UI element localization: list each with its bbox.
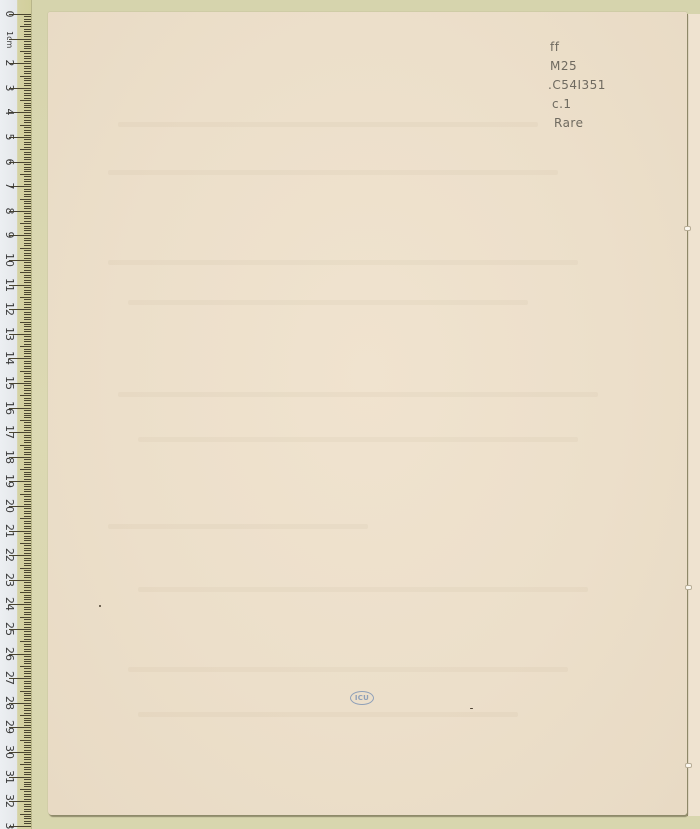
ruler-tick xyxy=(24,612,31,613)
ruler-tick xyxy=(24,422,31,423)
ruler-tick xyxy=(24,784,31,785)
ruler-tick xyxy=(24,779,31,780)
ruler-tick xyxy=(24,80,31,81)
ruler-tick xyxy=(24,184,31,185)
ruler-tick xyxy=(24,799,31,800)
ruler-tick xyxy=(24,103,31,104)
ruler-tick xyxy=(24,627,31,628)
ruler-tick xyxy=(24,16,31,17)
ruler-tick xyxy=(24,718,31,719)
ruler-tick xyxy=(24,644,31,645)
ruler-tick xyxy=(24,750,31,751)
ruler-tick xyxy=(24,307,31,308)
ruler-tick xyxy=(24,139,31,140)
ruler-tick xyxy=(24,528,31,529)
ruler-tick xyxy=(24,661,31,662)
ruler-tick xyxy=(24,66,31,67)
ruler-tick xyxy=(20,100,31,101)
ruler-tick xyxy=(24,339,31,340)
ruler-label: 17 xyxy=(3,424,15,440)
ruler-tick xyxy=(24,105,31,106)
ruler-tick xyxy=(24,811,31,812)
ruler-tick xyxy=(24,179,31,180)
ruler-tick xyxy=(24,282,31,283)
ruler-tick xyxy=(24,479,31,480)
ruler-tick xyxy=(24,526,31,527)
binding-stitch xyxy=(685,585,692,590)
ruler-tick xyxy=(24,388,31,389)
ruler-tick xyxy=(24,449,31,450)
ruler-tick xyxy=(24,484,31,485)
ruler-label: 26 xyxy=(3,646,15,662)
ruler-tick xyxy=(24,230,31,231)
ruler-tick xyxy=(24,538,31,539)
ruler-tick xyxy=(24,646,31,647)
ruler-tick xyxy=(20,469,31,470)
ruler-tick xyxy=(24,98,31,99)
ruler-tick xyxy=(24,120,31,121)
ruler-tick xyxy=(24,373,31,374)
ruler-label: 3 xyxy=(3,818,15,829)
ruler-tick xyxy=(24,24,31,25)
ruler-label: 18 xyxy=(3,449,15,465)
ruler-tick xyxy=(24,442,31,443)
ruler-tick xyxy=(24,353,31,354)
ruler-tick xyxy=(20,715,31,716)
ruler-tick xyxy=(24,363,31,364)
ruler-tick xyxy=(24,56,31,57)
ruler-tick xyxy=(24,656,31,657)
ruler-tick xyxy=(24,68,31,69)
ruler-tick xyxy=(24,270,31,271)
show-through-text xyxy=(138,437,578,442)
ruler-tick xyxy=(24,46,31,47)
ruler-tick xyxy=(24,747,31,748)
ruler-label: 13 xyxy=(3,326,15,342)
ruler-tick xyxy=(24,398,31,399)
ruler-tick xyxy=(24,553,31,554)
ruler-tick xyxy=(20,395,31,396)
ruler-tick xyxy=(24,132,31,133)
ruler-tick xyxy=(24,686,31,687)
ruler-tick xyxy=(24,467,31,468)
ruler-tick xyxy=(24,476,31,477)
ruler-tick xyxy=(24,496,31,497)
ruler-tick xyxy=(24,147,31,148)
ruler-tick xyxy=(24,772,31,773)
ruler-tick xyxy=(24,203,31,204)
ruler-tick xyxy=(24,36,31,37)
call-number-line: M25 xyxy=(550,57,606,76)
ruler-tick xyxy=(20,666,31,667)
ruler-tick xyxy=(24,427,31,428)
ruler-tick xyxy=(24,536,31,537)
ruler-tick xyxy=(24,159,31,160)
ruler-label: 23 xyxy=(3,572,15,588)
ruler-tick xyxy=(24,53,31,54)
ruler-tick xyxy=(20,543,31,544)
ruler-tick xyxy=(24,221,31,222)
ruler-tick xyxy=(24,540,31,541)
ruler-tick xyxy=(24,366,31,367)
ruler-tick xyxy=(24,228,31,229)
ruler-tick xyxy=(24,265,31,266)
ruler-tick xyxy=(24,754,31,755)
ruler-tick xyxy=(24,71,31,72)
ruler-tick xyxy=(24,294,31,295)
ruler-tick xyxy=(24,324,31,325)
ruler-tick xyxy=(24,511,31,512)
ruler-tick xyxy=(24,634,31,635)
ruler-tick xyxy=(24,710,31,711)
ruler-tick xyxy=(24,243,31,244)
ruler-tick xyxy=(24,405,31,406)
ruler-tick xyxy=(24,245,31,246)
ruler-tick xyxy=(24,585,31,586)
ruler-tick xyxy=(24,233,31,234)
ruler-tick xyxy=(24,302,31,303)
ruler-label: 8 xyxy=(3,203,15,219)
ruler-label: 19 xyxy=(3,473,15,489)
ruler-tick xyxy=(24,595,31,596)
ruler-tick xyxy=(24,762,31,763)
ruler-tick xyxy=(24,344,31,345)
ruler-tick xyxy=(20,51,31,52)
ruler-tick xyxy=(24,240,31,241)
call-number-line: Rare xyxy=(554,114,606,133)
ruler-tick xyxy=(20,346,31,347)
ruler-tick xyxy=(20,641,31,642)
ruler-tick xyxy=(24,258,31,259)
ruler-tick xyxy=(20,223,31,224)
ruler-tick xyxy=(24,213,31,214)
ruler-tick xyxy=(20,592,31,593)
ruler-tick xyxy=(24,196,31,197)
ruler-tick xyxy=(24,735,31,736)
ruler-tick xyxy=(24,821,31,822)
ruler-tick xyxy=(24,107,31,108)
ruler-tick xyxy=(24,742,31,743)
ruler-tick xyxy=(20,248,31,249)
ruler-tick xyxy=(20,174,31,175)
ruler-tick xyxy=(24,262,31,263)
binding-stitch xyxy=(685,763,692,768)
ruler-label: 16 xyxy=(3,400,15,416)
ruler-tick xyxy=(24,745,31,746)
ruler-tick xyxy=(24,582,31,583)
ruler-tick xyxy=(24,499,31,500)
ruler-tick xyxy=(24,816,31,817)
ruler-tick xyxy=(24,95,31,96)
ruler-tick xyxy=(20,322,31,323)
ruler-tick xyxy=(24,809,31,810)
ruler-label: 21 xyxy=(3,523,15,539)
ruler-tick xyxy=(24,280,31,281)
ruler-tick xyxy=(24,609,31,610)
ruler-tick xyxy=(24,381,31,382)
ruler-tick xyxy=(20,272,31,273)
ruler-tick xyxy=(24,639,31,640)
handwritten-call-number: ff M25 .C54I351 c.1 Rare xyxy=(550,38,606,133)
ruler-label: 25 xyxy=(3,621,15,637)
ruler-tick xyxy=(24,693,31,694)
ruler-tick xyxy=(24,376,31,377)
ruler-tick xyxy=(24,83,31,84)
ruler-tick xyxy=(24,110,31,111)
ruler-tick xyxy=(24,649,31,650)
paper-speck xyxy=(470,708,473,709)
ruler-tick xyxy=(24,491,31,492)
ruler-tick xyxy=(24,253,31,254)
ruler-tick xyxy=(24,659,31,660)
ruler-tick xyxy=(24,349,31,350)
ruler-tick xyxy=(24,435,31,436)
ruler-label: 2 xyxy=(3,55,15,71)
ruler-label: 28 xyxy=(3,695,15,711)
call-number-line: c.1 xyxy=(552,95,606,114)
ruler-tick xyxy=(20,518,31,519)
ruler-tick xyxy=(24,115,31,116)
ruler-tick xyxy=(24,489,31,490)
ruler-tick xyxy=(20,814,31,815)
ruler-tick xyxy=(24,176,31,177)
show-through-text xyxy=(108,524,368,529)
ruler-tick xyxy=(24,290,31,291)
ruler-label: 32 xyxy=(3,793,15,809)
ruler-tick xyxy=(24,314,31,315)
ruler-tick xyxy=(24,255,31,256)
show-through-text xyxy=(108,170,558,175)
ruler-tick xyxy=(24,688,31,689)
ruler-tick xyxy=(24,624,31,625)
ruler-tick xyxy=(24,127,31,128)
ruler-tick xyxy=(24,631,31,632)
ruler-tick xyxy=(24,194,31,195)
ruler-tick xyxy=(24,122,31,123)
ruler-tick xyxy=(24,560,31,561)
show-through-text xyxy=(128,300,528,305)
ruler-label: 20 xyxy=(3,498,15,514)
ruler-tick xyxy=(24,216,31,217)
ruler-tick xyxy=(24,636,31,637)
ruler-tick xyxy=(24,417,31,418)
ruler-tick xyxy=(24,73,31,74)
ruler-tick xyxy=(24,533,31,534)
ruler-tick xyxy=(24,403,31,404)
ruler-tick xyxy=(24,85,31,86)
ruler-tick xyxy=(24,590,31,591)
ruler-tick xyxy=(24,267,31,268)
ruler-tick xyxy=(24,464,31,465)
ruler-tick xyxy=(24,774,31,775)
ruler-tick xyxy=(24,48,31,49)
ruler-tick xyxy=(24,459,31,460)
ruler-tick xyxy=(24,154,31,155)
show-through-text xyxy=(138,712,518,717)
ruler-tick xyxy=(24,238,31,239)
ruler-tick xyxy=(24,713,31,714)
ruler-tick xyxy=(20,371,31,372)
ruler-tick xyxy=(20,420,31,421)
ruler-tick xyxy=(24,144,31,145)
ruler-tick xyxy=(24,208,31,209)
ruler-tick xyxy=(24,361,31,362)
ruler-tick xyxy=(24,135,31,136)
ruler-tick xyxy=(24,277,31,278)
ruler-label: 6 xyxy=(3,154,15,170)
ruler-tick xyxy=(24,181,31,182)
ruler-tick xyxy=(24,393,31,394)
ruler-tick xyxy=(24,523,31,524)
ruler-tick xyxy=(24,725,31,726)
ruler-tick xyxy=(24,385,31,386)
ruler-label: 7 xyxy=(3,178,15,194)
ruler-label: 24 xyxy=(3,596,15,612)
ruler-tick xyxy=(24,504,31,505)
ruler-tick xyxy=(24,164,31,165)
ruler-label: 0 xyxy=(3,6,15,22)
ruler-tick xyxy=(24,169,31,170)
ruler-tick xyxy=(24,34,31,35)
ruler-tick xyxy=(24,545,31,546)
ruler-tick xyxy=(24,558,31,559)
call-number-line: ff xyxy=(550,38,606,57)
ruler-tick xyxy=(24,732,31,733)
ruler-tick xyxy=(24,587,31,588)
ruler-tick xyxy=(24,351,31,352)
ruler-tick xyxy=(20,691,31,692)
ruler-label: 15 xyxy=(3,375,15,391)
ruler-tick xyxy=(24,700,31,701)
ruler-tick xyxy=(24,44,31,45)
ruler-tick xyxy=(24,676,31,677)
ruler-tick xyxy=(20,740,31,741)
ruler-tick xyxy=(24,454,31,455)
ruler-tick xyxy=(20,568,31,569)
ruler-label: 10 xyxy=(3,252,15,268)
ruler-tick xyxy=(24,462,31,463)
ruler-tick xyxy=(24,577,31,578)
ruler-tick xyxy=(24,90,31,91)
ruler-tick xyxy=(24,287,31,288)
ruler-tick xyxy=(24,326,31,327)
show-through-text xyxy=(108,260,578,265)
ruler-tick xyxy=(24,796,31,797)
ruler-tick xyxy=(24,651,31,652)
ruler-tick xyxy=(24,472,31,473)
ruler-tick xyxy=(24,440,31,441)
ruler-tick xyxy=(20,149,31,150)
ruler-tick xyxy=(24,757,31,758)
ruler-tick xyxy=(24,292,31,293)
ruler-tick xyxy=(24,452,31,453)
ruler-label: 5 xyxy=(3,129,15,145)
ruler-tick xyxy=(24,341,31,342)
library-stamp: ICU xyxy=(350,691,374,705)
ruler-tick xyxy=(24,430,31,431)
ruler-tick xyxy=(24,317,31,318)
ruler-tick xyxy=(24,602,31,603)
ruler-tick xyxy=(24,93,31,94)
ruler-tick xyxy=(24,191,31,192)
ruler-tick xyxy=(24,513,31,514)
ruler-label: 1cm xyxy=(3,31,15,47)
ruler-tick xyxy=(24,575,31,576)
ruler-tick xyxy=(24,201,31,202)
ruler-tick xyxy=(24,331,31,332)
ruler-tick xyxy=(24,474,31,475)
ruler-tick xyxy=(24,329,31,330)
ruler-tick xyxy=(20,76,31,77)
ruler-tick xyxy=(24,142,31,143)
ruler-tick xyxy=(24,570,31,571)
ruler-tick xyxy=(24,823,31,824)
show-through-text xyxy=(118,122,538,127)
ruler-tick xyxy=(20,494,31,495)
ruler-label: 29 xyxy=(3,719,15,735)
ruler-tick xyxy=(24,390,31,391)
ruler-tick xyxy=(24,698,31,699)
ruler-tick xyxy=(24,806,31,807)
ruler-label: 11 xyxy=(3,277,15,293)
ruler-label: 9 xyxy=(3,227,15,243)
ruler-tick xyxy=(20,789,31,790)
ruler-tick xyxy=(24,673,31,674)
ruler-tick xyxy=(24,415,31,416)
ruler-tick xyxy=(24,619,31,620)
ruler-tick xyxy=(24,31,31,32)
ruler-tick xyxy=(24,671,31,672)
ruler-tick xyxy=(24,705,31,706)
ruler-tick xyxy=(24,516,31,517)
ruler-tick xyxy=(20,617,31,618)
ruler-tick xyxy=(24,759,31,760)
ruler-tick xyxy=(24,695,31,696)
ruler-tick xyxy=(24,501,31,502)
ruler-tick xyxy=(24,152,31,153)
ruler-tick xyxy=(24,61,31,62)
ruler-tick xyxy=(24,548,31,549)
ruler-tick xyxy=(24,563,31,564)
ruler-tick xyxy=(24,206,31,207)
ruler-tick xyxy=(24,681,31,682)
ruler-tick xyxy=(24,218,31,219)
ruler-tick xyxy=(24,447,31,448)
ruler-tick xyxy=(24,663,31,664)
ruler-tick xyxy=(24,299,31,300)
ruler-tick xyxy=(24,722,31,723)
ruler-tick xyxy=(24,250,31,251)
ruler-tick xyxy=(24,226,31,227)
ruler-tick xyxy=(24,804,31,805)
ruler-tick xyxy=(24,607,31,608)
ruler-tick xyxy=(24,565,31,566)
ruler-label: 31 xyxy=(3,769,15,785)
ruler-tick xyxy=(24,336,31,337)
ruler-tick xyxy=(20,297,31,298)
ruler-tick xyxy=(24,19,31,20)
ruler-tick xyxy=(24,597,31,598)
ruler-tick xyxy=(20,125,31,126)
ruler-tick xyxy=(20,764,31,765)
ruler-label: 14 xyxy=(3,350,15,366)
ruler-tick xyxy=(24,410,31,411)
ruler-tick xyxy=(24,437,31,438)
ruler-tick xyxy=(24,21,31,22)
ruler-tick xyxy=(24,622,31,623)
ruler-tick xyxy=(24,791,31,792)
paper-speck xyxy=(99,605,101,607)
